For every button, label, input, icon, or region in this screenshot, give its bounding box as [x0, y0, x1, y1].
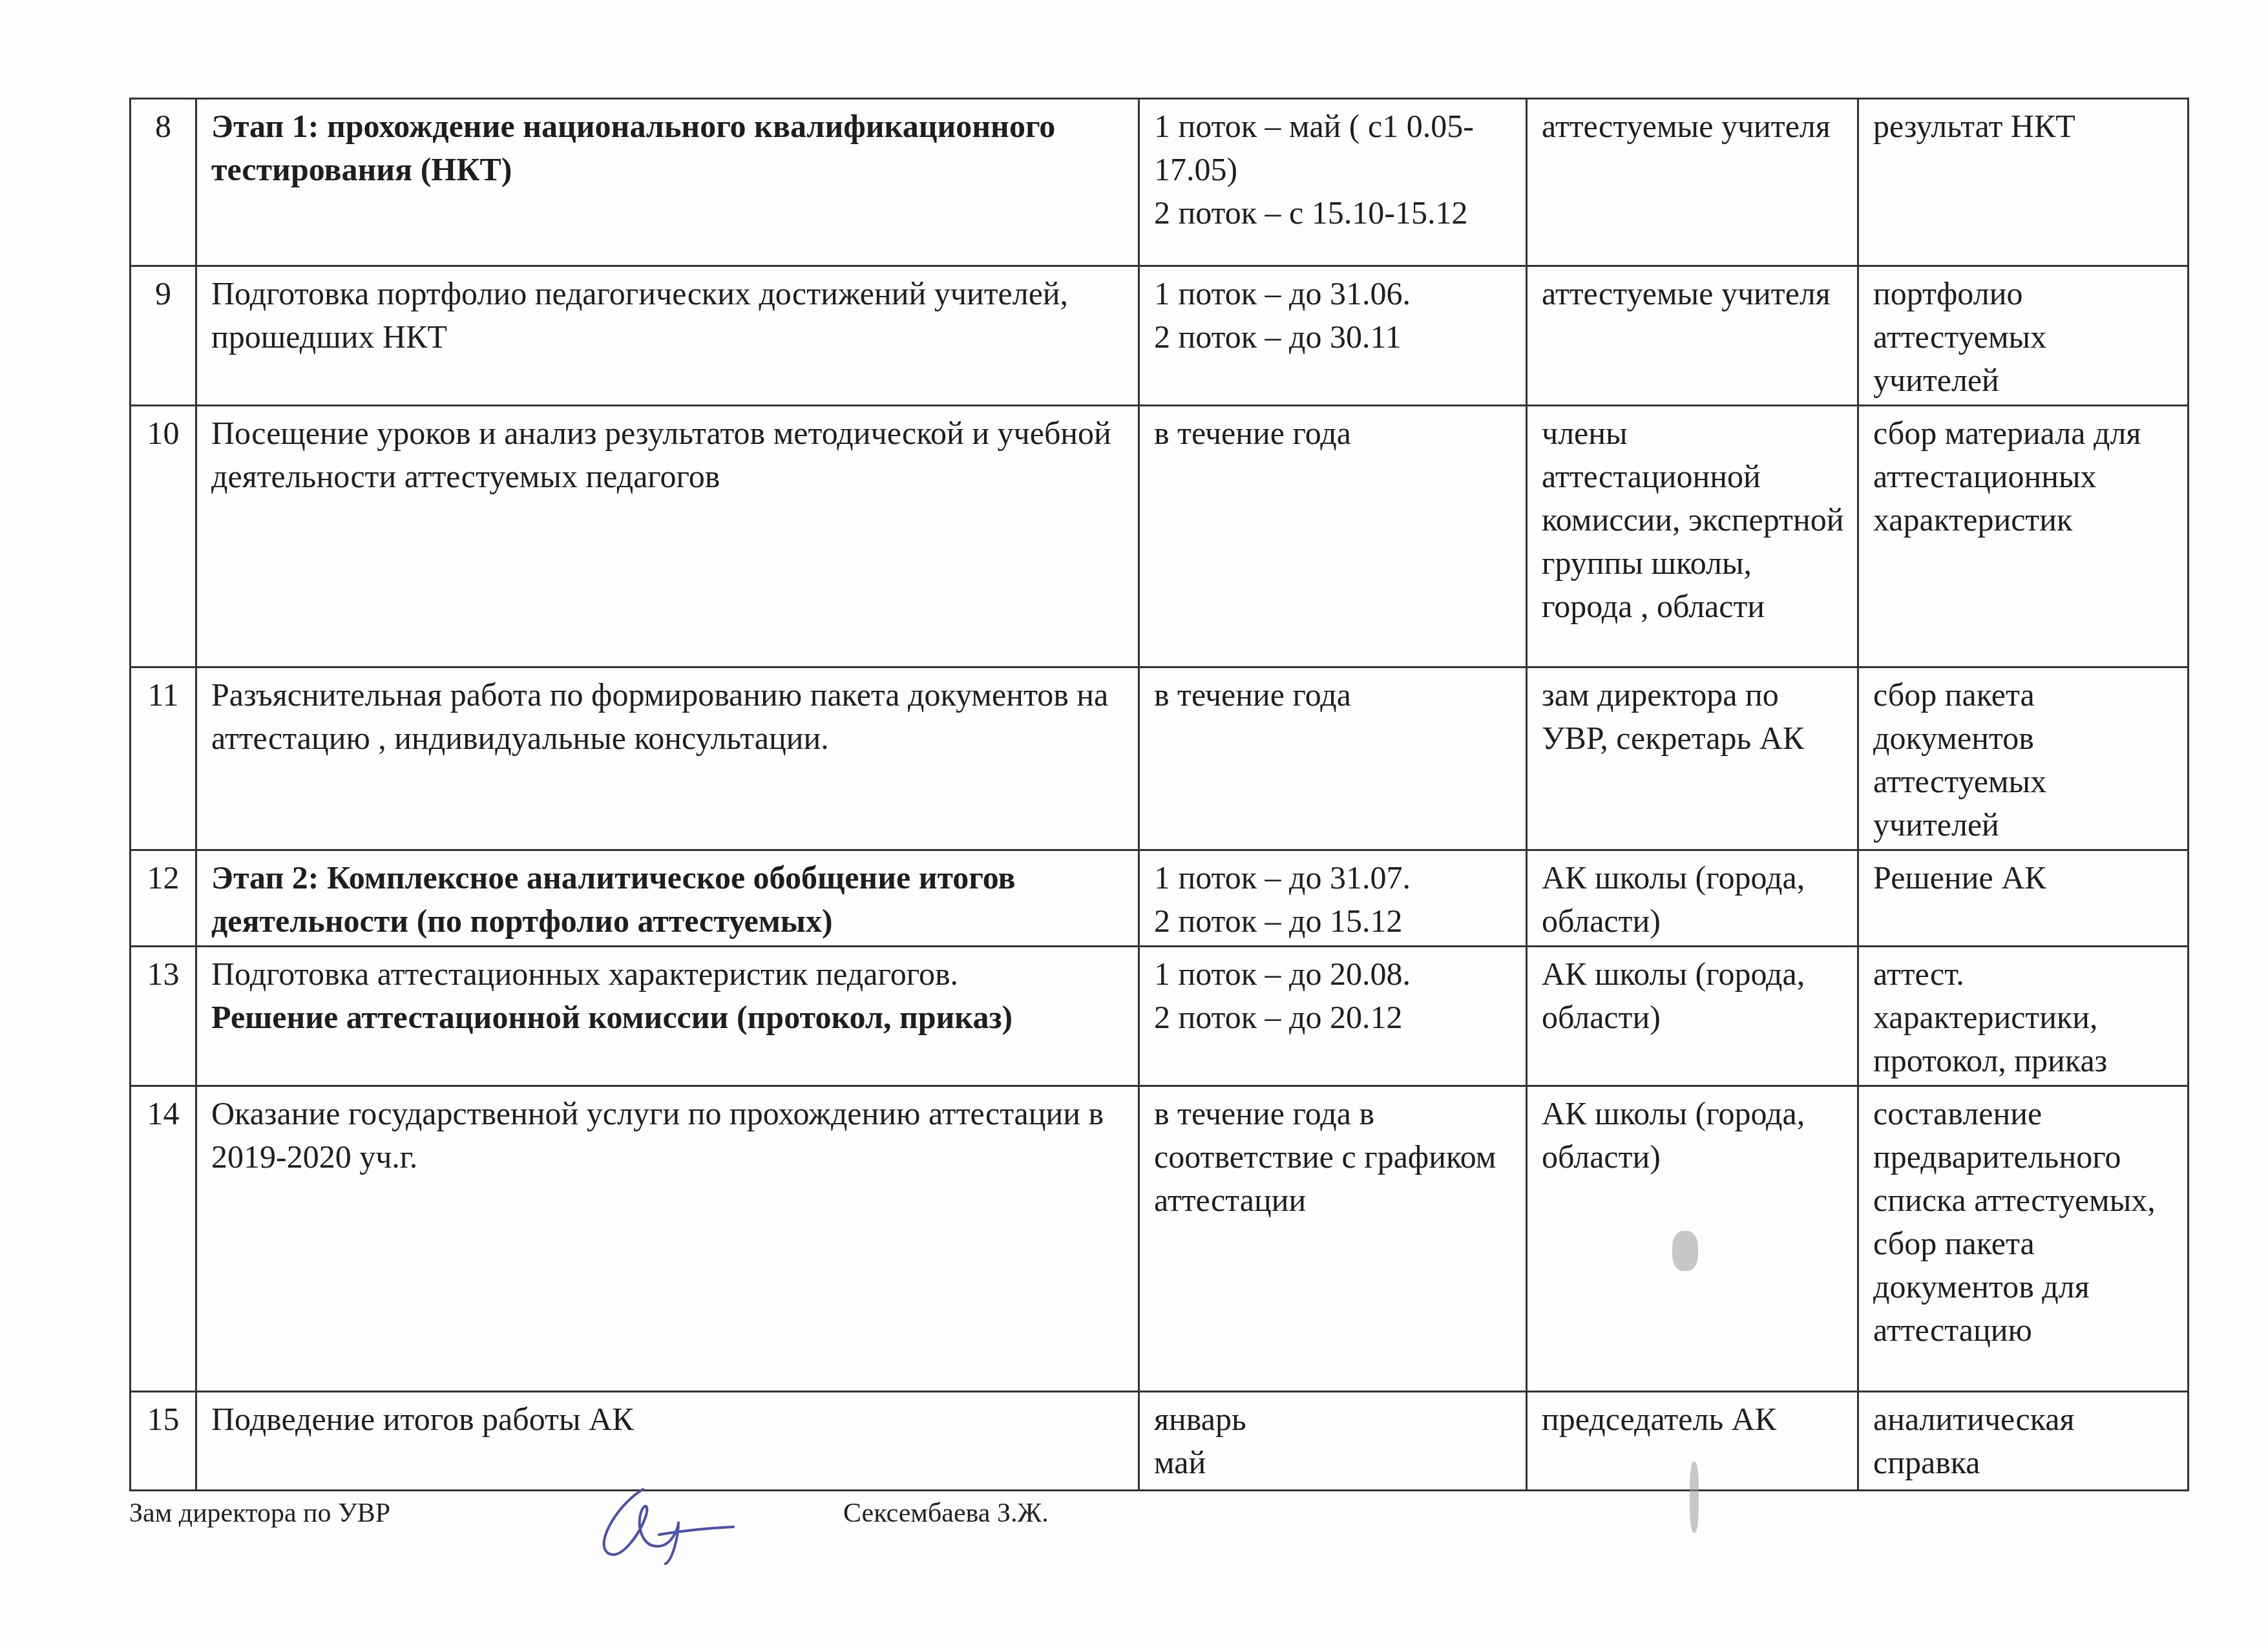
- deadline-line: в течение года: [1154, 412, 1514, 455]
- row-number: 9: [131, 266, 196, 406]
- responsible-cell: АК школы (города, области): [1527, 947, 1858, 1086]
- deadline-line: в течение года: [1154, 673, 1514, 717]
- deadline-cell: в течение года: [1139, 406, 1527, 667]
- deadline-cell: 1 поток – до 31.06.2 поток – до 30.11: [1139, 266, 1527, 406]
- result-cell: аналитическая справка: [1858, 1392, 2189, 1491]
- table-row: 12Этап 2: Комплексное аналитическое обоб…: [131, 850, 2189, 947]
- row-number: 14: [131, 1086, 196, 1392]
- attestation-plan-table: 8Этап 1: прохождение национального квали…: [129, 98, 2189, 1491]
- task-cell: Подготовка аттестационных характеристик …: [196, 947, 1139, 1086]
- table-row: 15Подведение итогов работы АКянварьмайпр…: [131, 1392, 2189, 1491]
- responsible-line: члены аттестационной комиссии, экспертно…: [1542, 412, 1845, 628]
- task-text: Оказание государственной услуги по прохо…: [211, 1092, 1126, 1179]
- result-line: аттест. характеристики, протокол, приказ: [1873, 952, 2176, 1082]
- result-line: портфолио аттестуемых учителей: [1873, 272, 2176, 402]
- task-title-bold: Этап 1: прохождение национального квалиф…: [211, 105, 1126, 191]
- result-cell: Решение АК: [1858, 850, 2189, 947]
- responsible-cell: зам директора по УВР, секретарь АК: [1527, 667, 1858, 850]
- deadline-cell: в течение года: [1139, 667, 1527, 850]
- task-cell: Разъяснительная работа по формированию п…: [196, 667, 1139, 850]
- responsible-cell: АК школы (города, области): [1527, 850, 1858, 947]
- task-text: Подведение итогов работы АК: [211, 1398, 1126, 1441]
- task-cell: Посещение уроков и анализ результатов ме…: [196, 406, 1139, 667]
- deadline-line: 2 поток – до 15.12: [1154, 899, 1514, 943]
- deadline-line: 2 поток – до 30.11: [1154, 315, 1514, 359]
- deadline-cell: январьмай: [1139, 1392, 1527, 1491]
- result-line: составление предварительного списка атте…: [1873, 1092, 2176, 1352]
- responsible-cell: аттестуемые учителя: [1527, 266, 1858, 406]
- deadline-cell: 1 поток – до 31.07.2 поток – до 15.12: [1139, 850, 1527, 947]
- responsible-line: аттестуемые учителя: [1542, 272, 1845, 315]
- row-number: 15: [131, 1392, 196, 1491]
- responsible-line: зам директора по УВР, секретарь АК: [1542, 673, 1845, 760]
- table-row: 8Этап 1: прохождение национального квали…: [131, 99, 2189, 266]
- table-row: 14Оказание государственной услуги по про…: [131, 1086, 2189, 1392]
- responsible-line: АК школы (города, области): [1542, 856, 1845, 943]
- deadline-line: 1 поток – май ( с1 0.05-17.05): [1154, 105, 1514, 191]
- result-cell: сбор материала для аттестационных характ…: [1858, 406, 2189, 667]
- table-row: 13Подготовка аттестационных характеристи…: [131, 947, 2189, 1086]
- task-decision-bold: Решение аттестационной комиссии (протоко…: [211, 996, 1126, 1039]
- task-text: Разъяснительная работа по формированию п…: [211, 673, 1126, 760]
- row-number: 12: [131, 850, 196, 947]
- task-cell: Этап 2: Комплексное аналитическое обобще…: [196, 850, 1139, 947]
- result-line: сбор материала для аттестационных характ…: [1873, 412, 2176, 541]
- deadline-line: 1 поток – до 31.06.: [1154, 272, 1514, 315]
- result-cell: результат НКТ: [1858, 99, 2189, 266]
- result-cell: аттест. характеристики, протокол, приказ: [1858, 947, 2189, 1086]
- signatory-position: Зам директора по УВР: [129, 1498, 390, 1529]
- scan-speck: [1672, 1231, 1698, 1271]
- deadline-cell: в течение года в соответствие с графиком…: [1139, 1086, 1527, 1392]
- deadline-cell: 1 поток – май ( с1 0.05-17.05)2 поток – …: [1139, 99, 1527, 266]
- task-text: Подготовка аттестационных характеристик …: [211, 952, 1126, 996]
- result-line: аналитическая справка: [1873, 1398, 2176, 1484]
- result-line: результат НКТ: [1873, 105, 2176, 148]
- scan-speck: [1690, 1462, 1699, 1533]
- task-cell: Подведение итогов работы АК: [196, 1392, 1139, 1491]
- task-text: Посещение уроков и анализ результатов ме…: [211, 412, 1126, 498]
- deadline-line: 2 поток – до 20.12: [1154, 996, 1514, 1039]
- row-number: 8: [131, 99, 196, 266]
- row-number: 11: [131, 667, 196, 850]
- result-cell: сбор пакета документов аттестуемых учите…: [1858, 667, 2189, 850]
- task-cell: Оказание государственной услуги по прохо…: [196, 1086, 1139, 1392]
- result-cell: портфолио аттестуемых учителей: [1858, 266, 2189, 406]
- deadline-line: 2 поток – с 15.10-15.12: [1154, 191, 1514, 235]
- responsible-cell: аттестуемые учителя: [1527, 99, 1858, 266]
- deadline-line: в течение года в соответствие с графиком…: [1154, 1092, 1514, 1222]
- deadline-cell: 1 поток – до 20.08.2 поток – до 20.12: [1139, 947, 1527, 1086]
- row-number: 13: [131, 947, 196, 1086]
- deadline-line: 1 поток – до 31.07.: [1154, 856, 1514, 899]
- table-row: 11Разъяснительная работа по формированию…: [131, 667, 2189, 850]
- responsible-line: аттестуемые учителя: [1542, 105, 1845, 148]
- task-text: Подготовка портфолио педагогических дост…: [211, 272, 1126, 359]
- task-title-bold: Этап 2: Комплексное аналитическое обобще…: [211, 856, 1126, 943]
- result-line: Решение АК: [1873, 856, 2176, 899]
- result-cell: составление предварительного списка атте…: [1858, 1086, 2189, 1392]
- deadline-line: январь: [1154, 1398, 1514, 1441]
- task-cell: Подготовка портфолио педагогических дост…: [196, 266, 1139, 406]
- responsible-cell: члены аттестационной комиссии, экспертно…: [1527, 406, 1858, 667]
- deadline-line: 1 поток – до 20.08.: [1154, 952, 1514, 996]
- task-cell: Этап 1: прохождение национального квалиф…: [196, 99, 1139, 266]
- signature-icon: [582, 1476, 737, 1567]
- table-row: 10Посещение уроков и анализ результатов …: [131, 406, 2189, 667]
- responsible-line: АК школы (города, области): [1542, 952, 1845, 1039]
- deadline-line: май: [1154, 1441, 1514, 1484]
- responsible-line: АК школы (города, области): [1542, 1092, 1845, 1179]
- result-line: сбор пакета документов аттестуемых учите…: [1873, 673, 2176, 846]
- table-row: 9Подготовка портфолио педагогических дос…: [131, 266, 2189, 406]
- row-number: 10: [131, 406, 196, 667]
- signatory-name: Сексембаева З.Ж.: [843, 1498, 1049, 1529]
- responsible-line: председатель АК: [1542, 1398, 1845, 1441]
